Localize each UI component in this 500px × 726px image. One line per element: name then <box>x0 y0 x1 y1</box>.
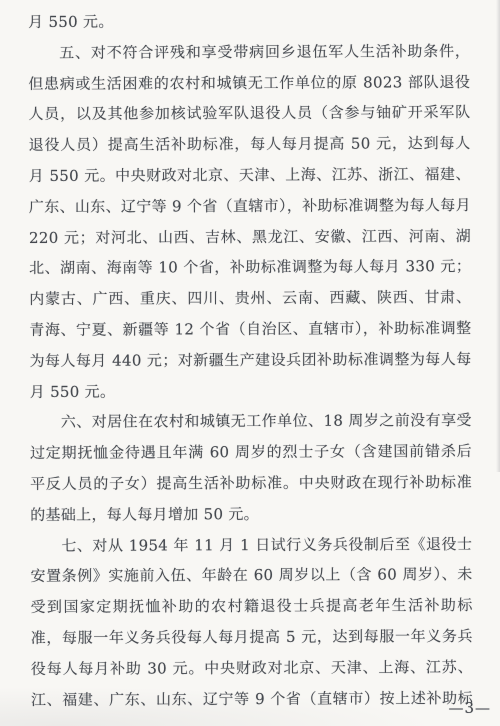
document-line: 青海、宁夏、新疆等 12 个省（自治区、直辖市），补助标准调整 <box>29 313 471 346</box>
document-line: 江、福建、广东、山东、辽宁等 9 个省（直辖市）按上述补助标 <box>31 683 473 716</box>
document-line: 的基础上，每人每月增加 50 元。 <box>30 498 472 531</box>
document-line: 内蒙古、广西、重庆、四川、贵州、云南、西藏、陕西、甘肃、 <box>29 282 471 315</box>
document-line: 为每人每月 440 元；对新疆生产建设兵团补助标准调整为每人每 <box>29 344 471 377</box>
document-line: 退役人员）提高生活补助标准，每人每月提高 50 元，达到每人每 <box>29 128 471 161</box>
document-line: 220 元；对河北、山西、吉林、黑龙江、安徽、江西、河南、湖 <box>29 221 471 254</box>
scanned-document-page: 月 550 元。 五、对不符合评残和享受带病回乡退伍军人生活补助条件， 但患病或… <box>0 0 500 726</box>
document-line: 北、湖南、海南等 10 个省，补助标准调整为每人每月 330 元；对 <box>29 251 471 284</box>
document-line-section-6: 六、对居住在农村和城镇无工作单位、18 周岁之前没有享受 <box>30 405 472 438</box>
document-line: 广东、山东、辽宁等 9 个省（直辖市），补助标准调整为每人每月 <box>29 190 471 223</box>
document-line: 人员，以及其他参加核试验军队退役人员（含参与铀矿开采军队 <box>28 97 470 130</box>
page-number: —3— <box>448 699 491 717</box>
document-line: 月 550 元。 <box>28 5 470 38</box>
document-line: 准，每服一年义务兵役每人每月提高 5 元，达到每服一年义务兵 <box>31 621 473 654</box>
document-line: 月 550 元。中央财政对北京、天津、上海、江苏、浙江、福建、 <box>29 159 471 192</box>
document-line: 受到国家定期抚恤补助的农村籍退役士兵提高老年生活补助标 <box>31 590 473 623</box>
document-body: 月 550 元。 五、对不符合评残和享受带病回乡退伍军人生活补助条件， 但患病或… <box>28 5 473 715</box>
document-line: 过定期抚恤金待遇且年满 60 周岁的烈士子女（含建国前错杀后被 <box>30 436 472 469</box>
document-line: 安置条例》实施前入伍、年龄在 60 周岁以上（含 60 周岁）、未享 <box>30 559 472 592</box>
document-line-section-5: 五、对不符合评残和享受带病回乡退伍军人生活补助条件， <box>28 36 470 69</box>
document-line: 月 550 元。 <box>30 375 472 408</box>
document-line: 平反人员的子女）提高生活补助标准。中央财政在现行补助标准 <box>30 467 472 500</box>
document-line-section-7: 七、对从 1954 年 11 月 1 日试行义务兵役制后至《退役士兵 <box>30 529 472 562</box>
document-line: 役每人每月补助 30 元。中央财政对北京、天津、上海、江苏、浙 <box>31 652 473 685</box>
document-line: 但患病或生活困难的农村和城镇无工作单位的原 8023 部队退役 <box>28 67 470 100</box>
